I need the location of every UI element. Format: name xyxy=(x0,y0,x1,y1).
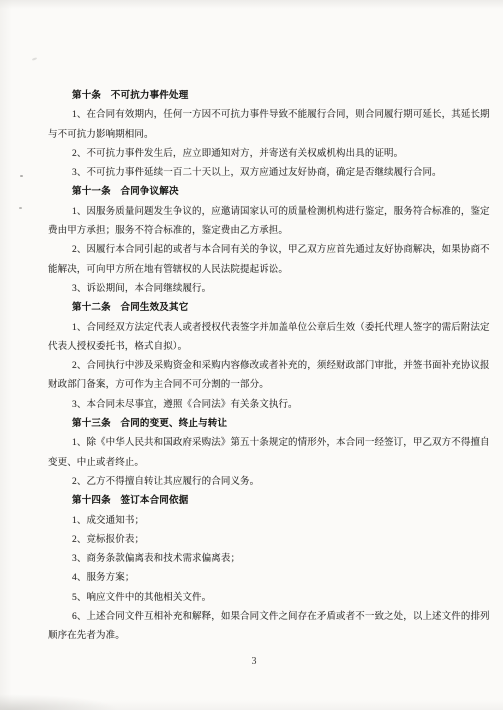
clause-text: 3、诉讼期间，本合同继续履行。 xyxy=(48,280,496,299)
clause-text: 2、竞标报价表； xyxy=(48,531,496,550)
section-heading: 第十一条 合同争议解决 xyxy=(48,183,496,202)
section-heading: 第十条 不可抗力事件处理 xyxy=(48,87,496,106)
clause-text: 2、合同执行中涉及采购资金和采购内容修改或者补充的，须经财政部门审批，并签书面补… xyxy=(48,357,496,396)
scan-speck xyxy=(19,207,22,209)
scan-shadow xyxy=(0,694,120,710)
page-number: 3 xyxy=(0,655,503,669)
contract-body: 第十条 不可抗力事件处理1、在合同有效期内，任何一方因不可抗力事件导致不能履行合… xyxy=(48,87,496,647)
clause-text: 2、不可抗力事件发生后，应立即通知对方，并寄送有关权威机构出具的证明。 xyxy=(48,145,496,164)
section-heading: 第十四条 签订本合同依据 xyxy=(48,492,496,511)
clause-text: 1、在合同有效期内，任何一方因不可抗力事件导致不能履行合同，则合同履行期可延长，… xyxy=(48,106,496,145)
clause-text: 1、成交通知书； xyxy=(48,512,496,531)
scan-smudge xyxy=(32,57,37,61)
scanned-contract-page: 第十条 不可抗力事件处理1、在合同有效期内，任何一方因不可抗力事件导致不能履行合… xyxy=(0,0,503,710)
clause-text: 3、不可抗力事件延续一百二十天以上，双方应通过友好协商，确定是否继续履行合同。 xyxy=(48,164,496,183)
clause-text: 6、上述合同文件互相补充和解释，如果合同文件之间存在矛盾或者不一致之处，以上述文… xyxy=(48,608,496,647)
scan-speck xyxy=(20,175,23,177)
clause-text: 5、响应文件中的其他相关文件。 xyxy=(48,589,496,608)
clause-text: 2、因履行本合同引起的或者与本合同有关的争议，甲乙双方应首先通过友好协商解决，如… xyxy=(48,241,496,280)
section-heading: 第十二条 合同生效及其它 xyxy=(48,299,496,318)
clause-text: 1、除《中华人民共和国政府采购法》第五十条规定的情形外，本合同一经签订，甲乙双方… xyxy=(48,434,496,473)
clause-text: 1、合同经双方法定代表人或者授权代表签字并加盖单位公章后生效（委托代理人签字的需… xyxy=(48,319,496,358)
clause-text: 1、因服务质量问题发生争议的，应邀请国家认可的质量检测机构进行鉴定，服务符合标准… xyxy=(48,203,496,242)
clause-text: 4、服务方案； xyxy=(48,569,496,588)
clause-text: 2、乙方不得擅自转让其应履行的合同义务。 xyxy=(48,473,496,492)
clause-text: 3、本合同未尽事宜，遵照《合同法》有关条文执行。 xyxy=(48,396,496,415)
section-heading: 第十三条 合同的变更、终止与转让 xyxy=(48,415,496,434)
clause-text: 3、商务条款偏离表和技术需求偏离表； xyxy=(48,550,496,569)
